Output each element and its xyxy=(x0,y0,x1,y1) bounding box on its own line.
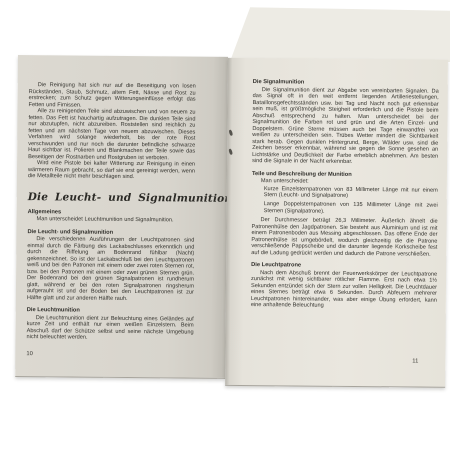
booklet-page-right: Die Signalmunition Die Signalmunition di… xyxy=(225,58,448,388)
paragraph-durchmesser: Der Durchmesser beträgt 26,3 Millimeter.… xyxy=(251,217,437,258)
paragraph-leuchtmunition: Die Leuchtmunition dient zur Beleuchtung… xyxy=(27,315,194,342)
booklet-page-left: Die Reinigung hat sich nur auf die Besei… xyxy=(15,55,228,379)
paragraph-cleaning-procedure: Alle zu reinigenden Teile sind abzuwisch… xyxy=(28,108,195,161)
paragraph-signalmunition: Die Signalmunition dient zur Abgabe von … xyxy=(252,87,439,167)
paragraph-cold-weather: Wird eine Pistole bei kalter Witterung z… xyxy=(28,160,195,181)
paragraph-leuchtpatrone: Nach dem Abschuß brennt der Feuerwerkskö… xyxy=(251,270,437,311)
photo-background: Die Reinigung hat sich nur auf die Besei… xyxy=(0,0,450,450)
page-number-right: 11 xyxy=(412,358,418,364)
paragraph-leucht-und-signalmunition: Die verschiedenen Ausführungen der Leuch… xyxy=(27,236,195,302)
section-title: Die Leucht- und Signalmunition xyxy=(28,191,195,204)
page-number-left: 10 xyxy=(26,351,33,357)
cartridge-type-list: Kurze Einzelsternpatronen von 83 Millime… xyxy=(252,186,438,216)
back-page-corner xyxy=(228,5,450,62)
right-page-content: Die Signalmunition Die Signalmunition di… xyxy=(251,79,439,310)
list-item-doppelsternpatrone: Lange Doppelsternpatronen von 135 Millim… xyxy=(264,201,438,216)
paragraph-cleaning-scope: Die Reinigung hat sich nur auf die Besei… xyxy=(29,82,196,109)
left-page-content: Die Reinigung hat sich nur auf die Besei… xyxy=(27,82,196,342)
staple-icon xyxy=(228,130,232,136)
open-booklet: Die Reinigung hat sich nur auf die Besei… xyxy=(15,55,448,391)
staple-icon xyxy=(228,149,232,155)
paragraph-allgemeines: Man unterscheidet Leuchtmunition und Sig… xyxy=(28,216,195,224)
list-item-einzelsternpatrone: Kurze Einzelsternpatronen von 83 Millime… xyxy=(264,186,438,201)
